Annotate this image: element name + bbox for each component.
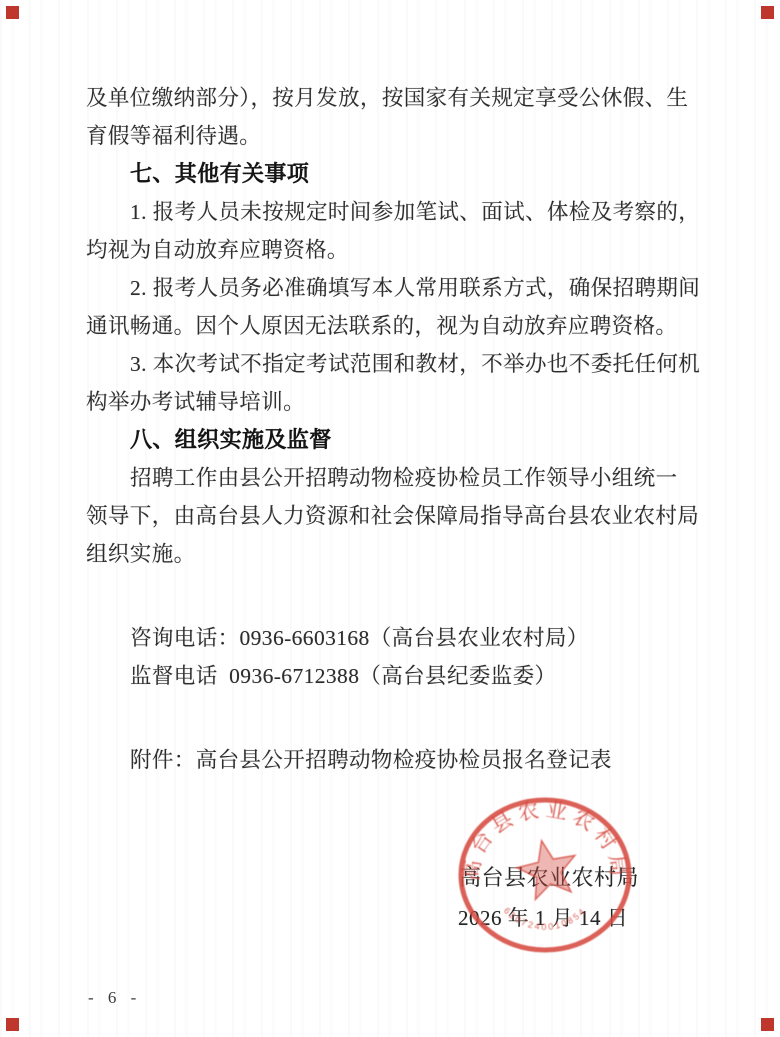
text-line: 育假等福利待遇。 <box>86 117 702 155</box>
text-line: 1. 报考人员未按规定时间参加笔试、面试、体检及考察的， <box>86 193 702 231</box>
official-red-seal: 高台县农业农村局 6207240010854 <box>452 785 638 967</box>
text-line: 构举办考试辅导培训。 <box>86 383 702 421</box>
section-heading: 八、组织实施及监督 <box>86 421 702 459</box>
corner-registration-mark <box>761 1018 774 1031</box>
text-line: 咨询电话：0936-6603168（高台县农业农村局） <box>86 619 702 657</box>
scanned-document-page: 及单位缴纳部分），按月发放，按国家有关规定享受公休假、生育假等福利待遇。七、其他… <box>0 0 780 1037</box>
text-line: 附件：高台县公开招聘动物检疫协检员报名登记表 <box>86 741 702 779</box>
document-body-text: 及单位缴纳部分），按月发放，按国家有关规定享受公休假、生育假等福利待遇。七、其他… <box>86 79 702 779</box>
text-line: 3. 本次考试不指定考试范围和教材，不举办也不委托任何机 <box>86 345 702 383</box>
text-line: 领导下，由高台县人力资源和社会保障局指导高台县农业农村局 <box>86 497 702 535</box>
blank-line <box>86 573 702 619</box>
text-line: 监督电话 0936-6712388（高台县纪委监委） <box>86 657 702 695</box>
text-line: 通讯畅通。因个人原因无法联系的，视为自动放弃应聘资格。 <box>86 307 702 345</box>
corner-registration-mark <box>6 6 19 19</box>
corner-registration-mark <box>6 1018 19 1031</box>
text-line: 2. 报考人员务必准确填写本人常用联系方式，确保招聘期间 <box>86 269 702 307</box>
section-heading: 七、其他有关事项 <box>86 155 702 193</box>
text-line: 均视为自动放弃应聘资格。 <box>86 231 702 269</box>
text-line: 招聘工作由县公开招聘动物检疫协检员工作领导小组统一 <box>86 459 702 497</box>
corner-registration-mark <box>761 6 774 19</box>
seal-code: 6207240010854 <box>502 905 588 932</box>
blank-line <box>86 695 702 741</box>
text-line: 组织实施。 <box>86 535 702 573</box>
text-line: 及单位缴纳部分），按月发放，按国家有关规定享受公休假、生 <box>86 79 702 117</box>
star-icon <box>513 835 582 902</box>
page-number: - 6 - <box>88 988 141 1008</box>
